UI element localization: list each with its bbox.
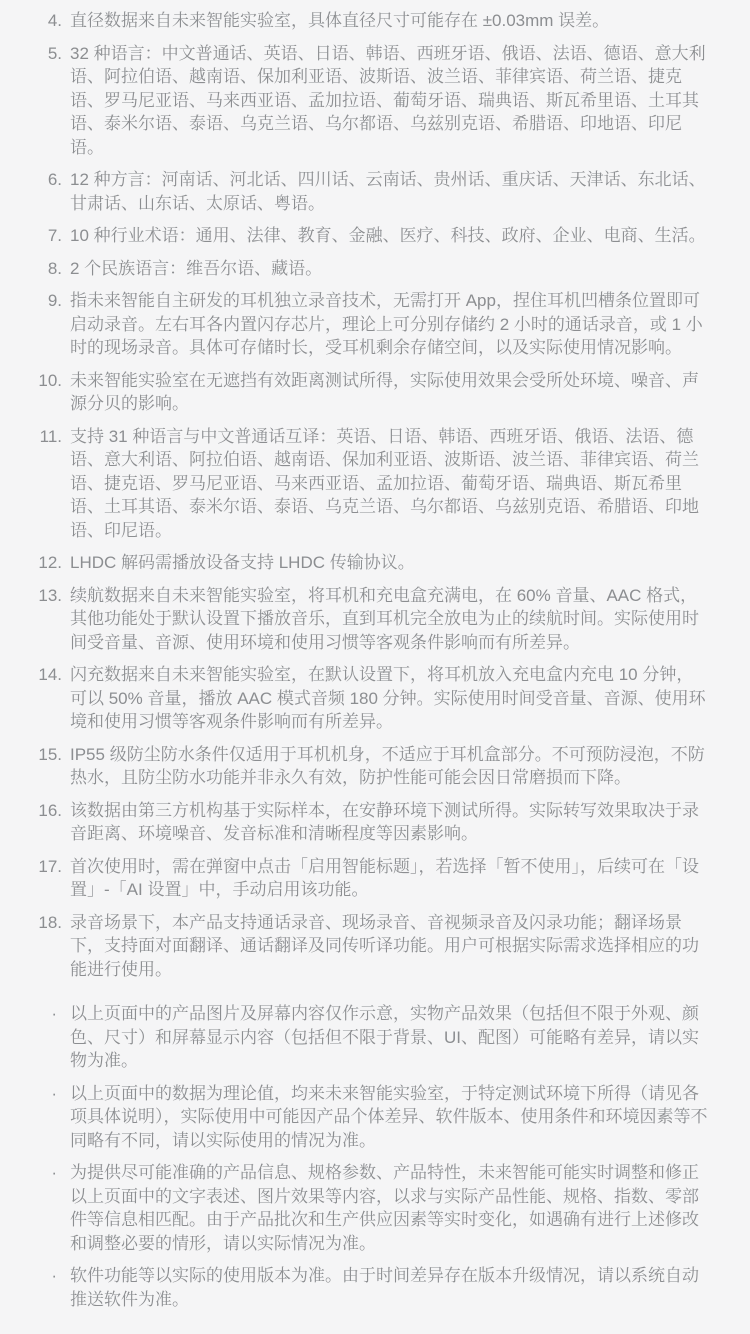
footnote-text: 闪充数据来自未来智能实验室，在默认设置下，将耳机放入充电盒内充电 10 分钟，可… xyxy=(70,663,710,734)
bullet-icon: · xyxy=(0,1264,62,1288)
footnote-number: 14. xyxy=(0,663,62,687)
footnote-number: 8. xyxy=(0,257,62,281)
footnote-text: 续航数据来自未来智能实验室，将耳机和充电盒充满电，在 60% 音量、AAC 格式… xyxy=(70,584,710,655)
footnote-text: 32 种语言：中文普通话、英语、日语、韩语、西班牙语、俄语、法语、德语、意大利语… xyxy=(70,42,710,160)
footnotes-page: 4.直径数据来自未来智能实验室，具体直径尺寸可能存在 ±0.03mm 误差。5.… xyxy=(0,0,750,1311)
footnote-text: 10 种行业术语：通用、法律、教育、金融、医疗、科技、政府、企业、电商、生活。 xyxy=(70,224,710,248)
disclaimer-text: 软件功能等以实际的使用版本为准。由于时间差异存在版本升级情况，请以系统自动推送软… xyxy=(70,1264,710,1311)
footnote-number: 11. xyxy=(0,425,62,449)
disclaimer-item: ·以上页面中的产品图片及屏幕内容仅作示意，实物产品效果（包括但不限于外观、颜色、… xyxy=(0,1002,710,1073)
footnote-text: LHDC 解码需播放设备支持 LHDC 传输协议。 xyxy=(70,551,710,575)
footnote-item: 4.直径数据来自未来智能实验室，具体直径尺寸可能存在 ±0.03mm 误差。 xyxy=(0,9,710,33)
footnote-number: 17. xyxy=(0,855,62,879)
disclaimer-item: ·以上页面中的数据为理论值，均来未来智能实验室，于特定测试环境下所得（请见各项具… xyxy=(0,1082,710,1153)
footnote-number: 7. xyxy=(0,224,62,248)
footnote-item: 6.12 种方言：河南话、河北话、四川话、云南话、贵州话、重庆话、天津话、东北话… xyxy=(0,168,710,215)
footnote-item: 15.IP55 级防尘防水条件仅适用于耳机机身，不适应于耳机盒部分。不可预防浸泡… xyxy=(0,743,710,790)
footnote-item: 7.10 种行业术语：通用、法律、教育、金融、医疗、科技、政府、企业、电商、生活… xyxy=(0,224,710,248)
footnote-item: 12.LHDC 解码需播放设备支持 LHDC 传输协议。 xyxy=(0,551,710,575)
disclaimer-text: 以上页面中的产品图片及屏幕内容仅作示意，实物产品效果（包括但不限于外观、颜色、尺… xyxy=(70,1002,710,1073)
footnotes-list: 4.直径数据来自未来智能实验室，具体直径尺寸可能存在 ±0.03mm 误差。5.… xyxy=(0,9,710,981)
footnote-text: 首次使用时，需在弹窗中点击「启用智能标题」，若选择「暂不使用」，后续可在「设置」… xyxy=(70,855,710,902)
footnote-number: 16. xyxy=(0,799,62,823)
footnote-text: 该数据由第三方机构基于实际样本，在安静环境下测试所得。实际转写效果取决于录音距离… xyxy=(70,799,710,846)
bullet-icon: · xyxy=(0,1002,62,1026)
footnote-item: 13.续航数据来自未来智能实验室，将耳机和充电盒充满电，在 60% 音量、AAC… xyxy=(0,584,710,655)
footnote-item: 17.首次使用时，需在弹窗中点击「启用智能标题」，若选择「暂不使用」，后续可在「… xyxy=(0,855,710,902)
footnote-item: 9.指未来智能自主研发的耳机独立录音技术，无需打开 App，捏住耳机凹槽条位置即… xyxy=(0,289,710,360)
footnote-text: 支持 31 种语言与中文普通话互译：英语、日语、韩语、西班牙语、俄语、法语、德语… xyxy=(70,425,710,543)
footnote-item: 14.闪充数据来自未来智能实验室，在默认设置下，将耳机放入充电盒内充电 10 分… xyxy=(0,663,710,734)
page: { "colors": { "background": "#f5f5f6", "… xyxy=(0,0,750,1334)
footnote-number: 15. xyxy=(0,743,62,767)
bullet-icon: · xyxy=(0,1082,62,1106)
footnote-text: 指未来智能自主研发的耳机独立录音技术，无需打开 App，捏住耳机凹槽条位置即可启… xyxy=(70,289,710,360)
disclaimer-item: ·为提供尽可能准确的产品信息、规格参数、产品特性，未来智能可能实时调整和修正以上… xyxy=(0,1161,710,1255)
footnote-number: 5. xyxy=(0,42,62,66)
footnote-number: 13. xyxy=(0,584,62,608)
footnote-text: 录音场景下，本产品支持通话录音、现场录音、音视频录音及闪录功能；翻译场景下，支持… xyxy=(70,911,710,982)
disclaimer-text: 为提供尽可能准确的产品信息、规格参数、产品特性，未来智能可能实时调整和修正以上页… xyxy=(70,1161,710,1255)
footnote-text: IP55 级防尘防水条件仅适用于耳机机身，不适应于耳机盒部分。不可预防浸泡，不防… xyxy=(70,743,710,790)
footnote-item: 16.该数据由第三方机构基于实际样本，在安静环境下测试所得。实际转写效果取决于录… xyxy=(0,799,710,846)
disclaimer-item: ·软件功能等以实际的使用版本为准。由于时间差异存在版本升级情况，请以系统自动推送… xyxy=(0,1264,710,1311)
footnote-number: 6. xyxy=(0,168,62,192)
footnote-item: 11.支持 31 种语言与中文普通话互译：英语、日语、韩语、西班牙语、俄语、法语… xyxy=(0,425,710,543)
footnote-number: 9. xyxy=(0,289,62,313)
disclaimer-text: 以上页面中的数据为理论值，均来未来智能实验室，于特定测试环境下所得（请见各项具体… xyxy=(70,1082,710,1153)
footnote-text: 未来智能实验室在无遮挡有效距离测试所得，实际使用效果会受所处环境、噪音、声源分贝… xyxy=(70,369,710,416)
footnote-item: 18.录音场景下，本产品支持通话录音、现场录音、音视频录音及闪录功能；翻译场景下… xyxy=(0,911,710,982)
disclaimer-list: ·以上页面中的产品图片及屏幕内容仅作示意，实物产品效果（包括但不限于外观、颜色、… xyxy=(0,1002,710,1311)
footnote-number: 4. xyxy=(0,9,62,33)
footnote-item: 10.未来智能实验室在无遮挡有效距离测试所得，实际使用效果会受所处环境、噪音、声… xyxy=(0,369,710,416)
footnote-text: 直径数据来自未来智能实验室，具体直径尺寸可能存在 ±0.03mm 误差。 xyxy=(70,9,710,33)
footnote-item: 8.2 个民族语言：维吾尔语、藏语。 xyxy=(0,257,710,281)
footnote-text: 12 种方言：河南话、河北话、四川话、云南话、贵州话、重庆话、天津话、东北话、甘… xyxy=(70,168,710,215)
footnote-item: 5.32 种语言：中文普通话、英语、日语、韩语、西班牙语、俄语、法语、德语、意大… xyxy=(0,42,710,160)
footnote-number: 12. xyxy=(0,551,62,575)
bullet-icon: · xyxy=(0,1161,62,1185)
footnote-text: 2 个民族语言：维吾尔语、藏语。 xyxy=(70,257,710,281)
footnote-number: 10. xyxy=(0,369,62,393)
footnote-number: 18. xyxy=(0,911,62,935)
